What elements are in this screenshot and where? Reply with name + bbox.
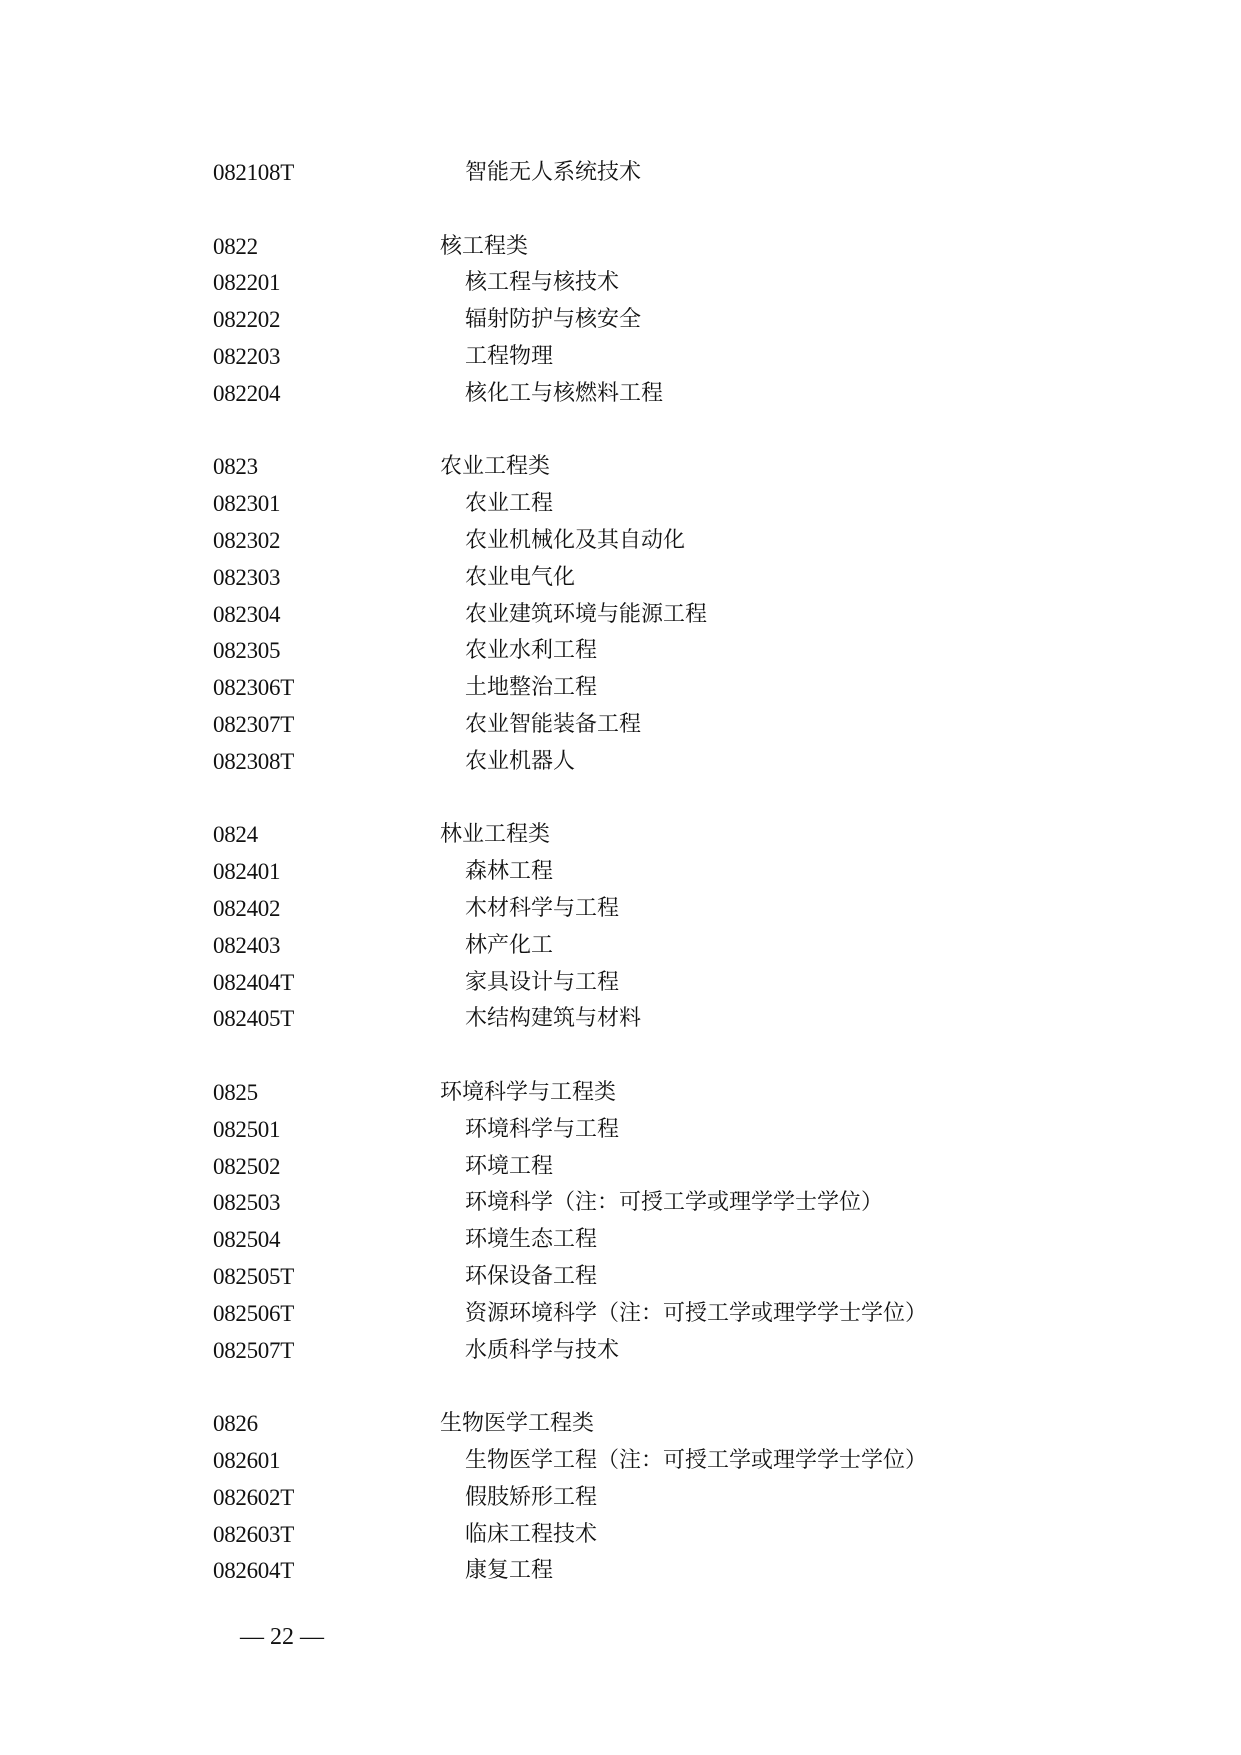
code: 082601 [213,1443,280,1480]
code: 082604T [213,1553,294,1590]
major-name: 农业机械化及其自动化 [465,523,685,560]
major-name: 木结构建筑与材料 [465,1001,641,1038]
code: 0823 [213,449,258,486]
code: 082402 [213,891,280,928]
code: 082507T [213,1333,294,1370]
major-name: 资源环境科学（注：可授工学或理学学士学位） [465,1296,927,1333]
major-name: 工程物理 [465,339,553,376]
major-row: 082108T智能无人系统技术 [0,155,1241,192]
major-name: 环境科学（注：可授工学或理学学士学位） [465,1185,883,1222]
major-row: 082301农业工程 [0,486,1241,523]
code: 0824 [213,817,258,854]
code: 082506T [213,1296,294,1333]
major-name: 环保设备工程 [465,1259,597,1296]
code: 082307T [213,707,294,744]
major-name: 环境工程 [465,1149,553,1186]
category-name: 核工程类 [440,229,528,266]
major-name: 辐射防护与核安全 [465,302,641,339]
major-row: 082504环境生态工程 [0,1222,1241,1259]
category-row: 0822核工程类 [0,229,1241,266]
category-name: 农业工程类 [440,449,550,486]
code: 082306T [213,670,294,707]
code: 082505T [213,1259,294,1296]
code: 082401 [213,854,280,891]
major-name: 临床工程技术 [465,1517,597,1554]
major-row: 082403林产化工 [0,928,1241,965]
major-row: 082307T农业智能装备工程 [0,707,1241,744]
major-name: 农业水利工程 [465,633,597,670]
major-name: 智能无人系统技术 [465,155,641,192]
major-name: 水质科学与技术 [465,1333,619,1370]
major-name: 林产化工 [465,928,553,965]
major-row: 082601生物医学工程（注：可授工学或理学学士学位） [0,1443,1241,1480]
code: 082201 [213,265,280,302]
code: 082501 [213,1112,280,1149]
major-row: 082306T土地整治工程 [0,670,1241,707]
major-row: 082502环境工程 [0,1149,1241,1186]
code: 082305 [213,633,280,670]
code: 082502 [213,1149,280,1186]
code: 082202 [213,302,280,339]
code: 082403 [213,928,280,965]
code: 082603T [213,1517,294,1554]
major-row: 082305农业水利工程 [0,633,1241,670]
category-row: 0825环境科学与工程类 [0,1075,1241,1112]
code: 082204 [213,376,280,413]
category-row: 0826生物医学工程类 [0,1406,1241,1443]
code: 082302 [213,523,280,560]
major-row: 082505T环保设备工程 [0,1259,1241,1296]
major-row: 082604T康复工程 [0,1553,1241,1590]
major-row: 082201核工程与核技术 [0,265,1241,302]
code: 082602T [213,1480,294,1517]
major-row: 082303农业电气化 [0,560,1241,597]
code: 0822 [213,229,258,266]
major-row: 082506T资源环境科学（注：可授工学或理学学士学位） [0,1296,1241,1333]
code: 082108T [213,155,294,192]
major-name: 农业机器人 [465,744,575,781]
major-row: 082404T家具设计与工程 [0,965,1241,1002]
code: 082404T [213,965,294,1002]
major-name: 康复工程 [465,1553,553,1590]
major-row: 082402木材科学与工程 [0,891,1241,928]
code: 082504 [213,1222,280,1259]
category-name: 林业工程类 [440,817,550,854]
major-name: 木材科学与工程 [465,891,619,928]
major-row: 082501环境科学与工程 [0,1112,1241,1149]
code: 082304 [213,597,280,634]
code: 082405T [213,1001,294,1038]
code: 082303 [213,560,280,597]
major-name: 土地整治工程 [465,670,597,707]
major-name: 家具设计与工程 [465,965,619,1002]
major-row: 082503环境科学（注：可授工学或理学学士学位） [0,1185,1241,1222]
category-name: 生物医学工程类 [440,1406,594,1443]
major-row: 082204核化工与核燃料工程 [0,376,1241,413]
major-name: 假肢矫形工程 [465,1480,597,1517]
major-name: 环境生态工程 [465,1222,597,1259]
major-row: 082603T临床工程技术 [0,1517,1241,1554]
major-row: 082302农业机械化及其自动化 [0,523,1241,560]
code: 082308T [213,744,294,781]
page-number: — 22 — [240,1620,324,1654]
major-row: 082507T水质科学与技术 [0,1333,1241,1370]
major-row: 082308T农业机器人 [0,744,1241,781]
code: 0826 [213,1406,258,1443]
major-row: 082401森林工程 [0,854,1241,891]
major-row: 082202辐射防护与核安全 [0,302,1241,339]
major-name: 生物医学工程（注：可授工学或理学学士学位） [465,1443,927,1480]
major-name: 环境科学与工程 [465,1112,619,1149]
major-row: 082602T假肢矫形工程 [0,1480,1241,1517]
major-row: 082405T木结构建筑与材料 [0,1001,1241,1038]
code: 082203 [213,339,280,376]
major-name: 核工程与核技术 [465,265,619,302]
code: 082301 [213,486,280,523]
category-name: 环境科学与工程类 [440,1075,616,1112]
major-name: 农业建筑环境与能源工程 [465,597,707,634]
major-name: 森林工程 [465,854,553,891]
major-name: 农业工程 [465,486,553,523]
major-name: 农业智能装备工程 [465,707,641,744]
code: 0825 [213,1075,258,1112]
major-name: 农业电气化 [465,560,575,597]
category-row: 0824林业工程类 [0,817,1241,854]
major-name: 核化工与核燃料工程 [465,376,663,413]
major-row: 082203工程物理 [0,339,1241,376]
code: 082503 [213,1185,280,1222]
major-row: 082304农业建筑环境与能源工程 [0,597,1241,634]
category-row: 0823农业工程类 [0,449,1241,486]
